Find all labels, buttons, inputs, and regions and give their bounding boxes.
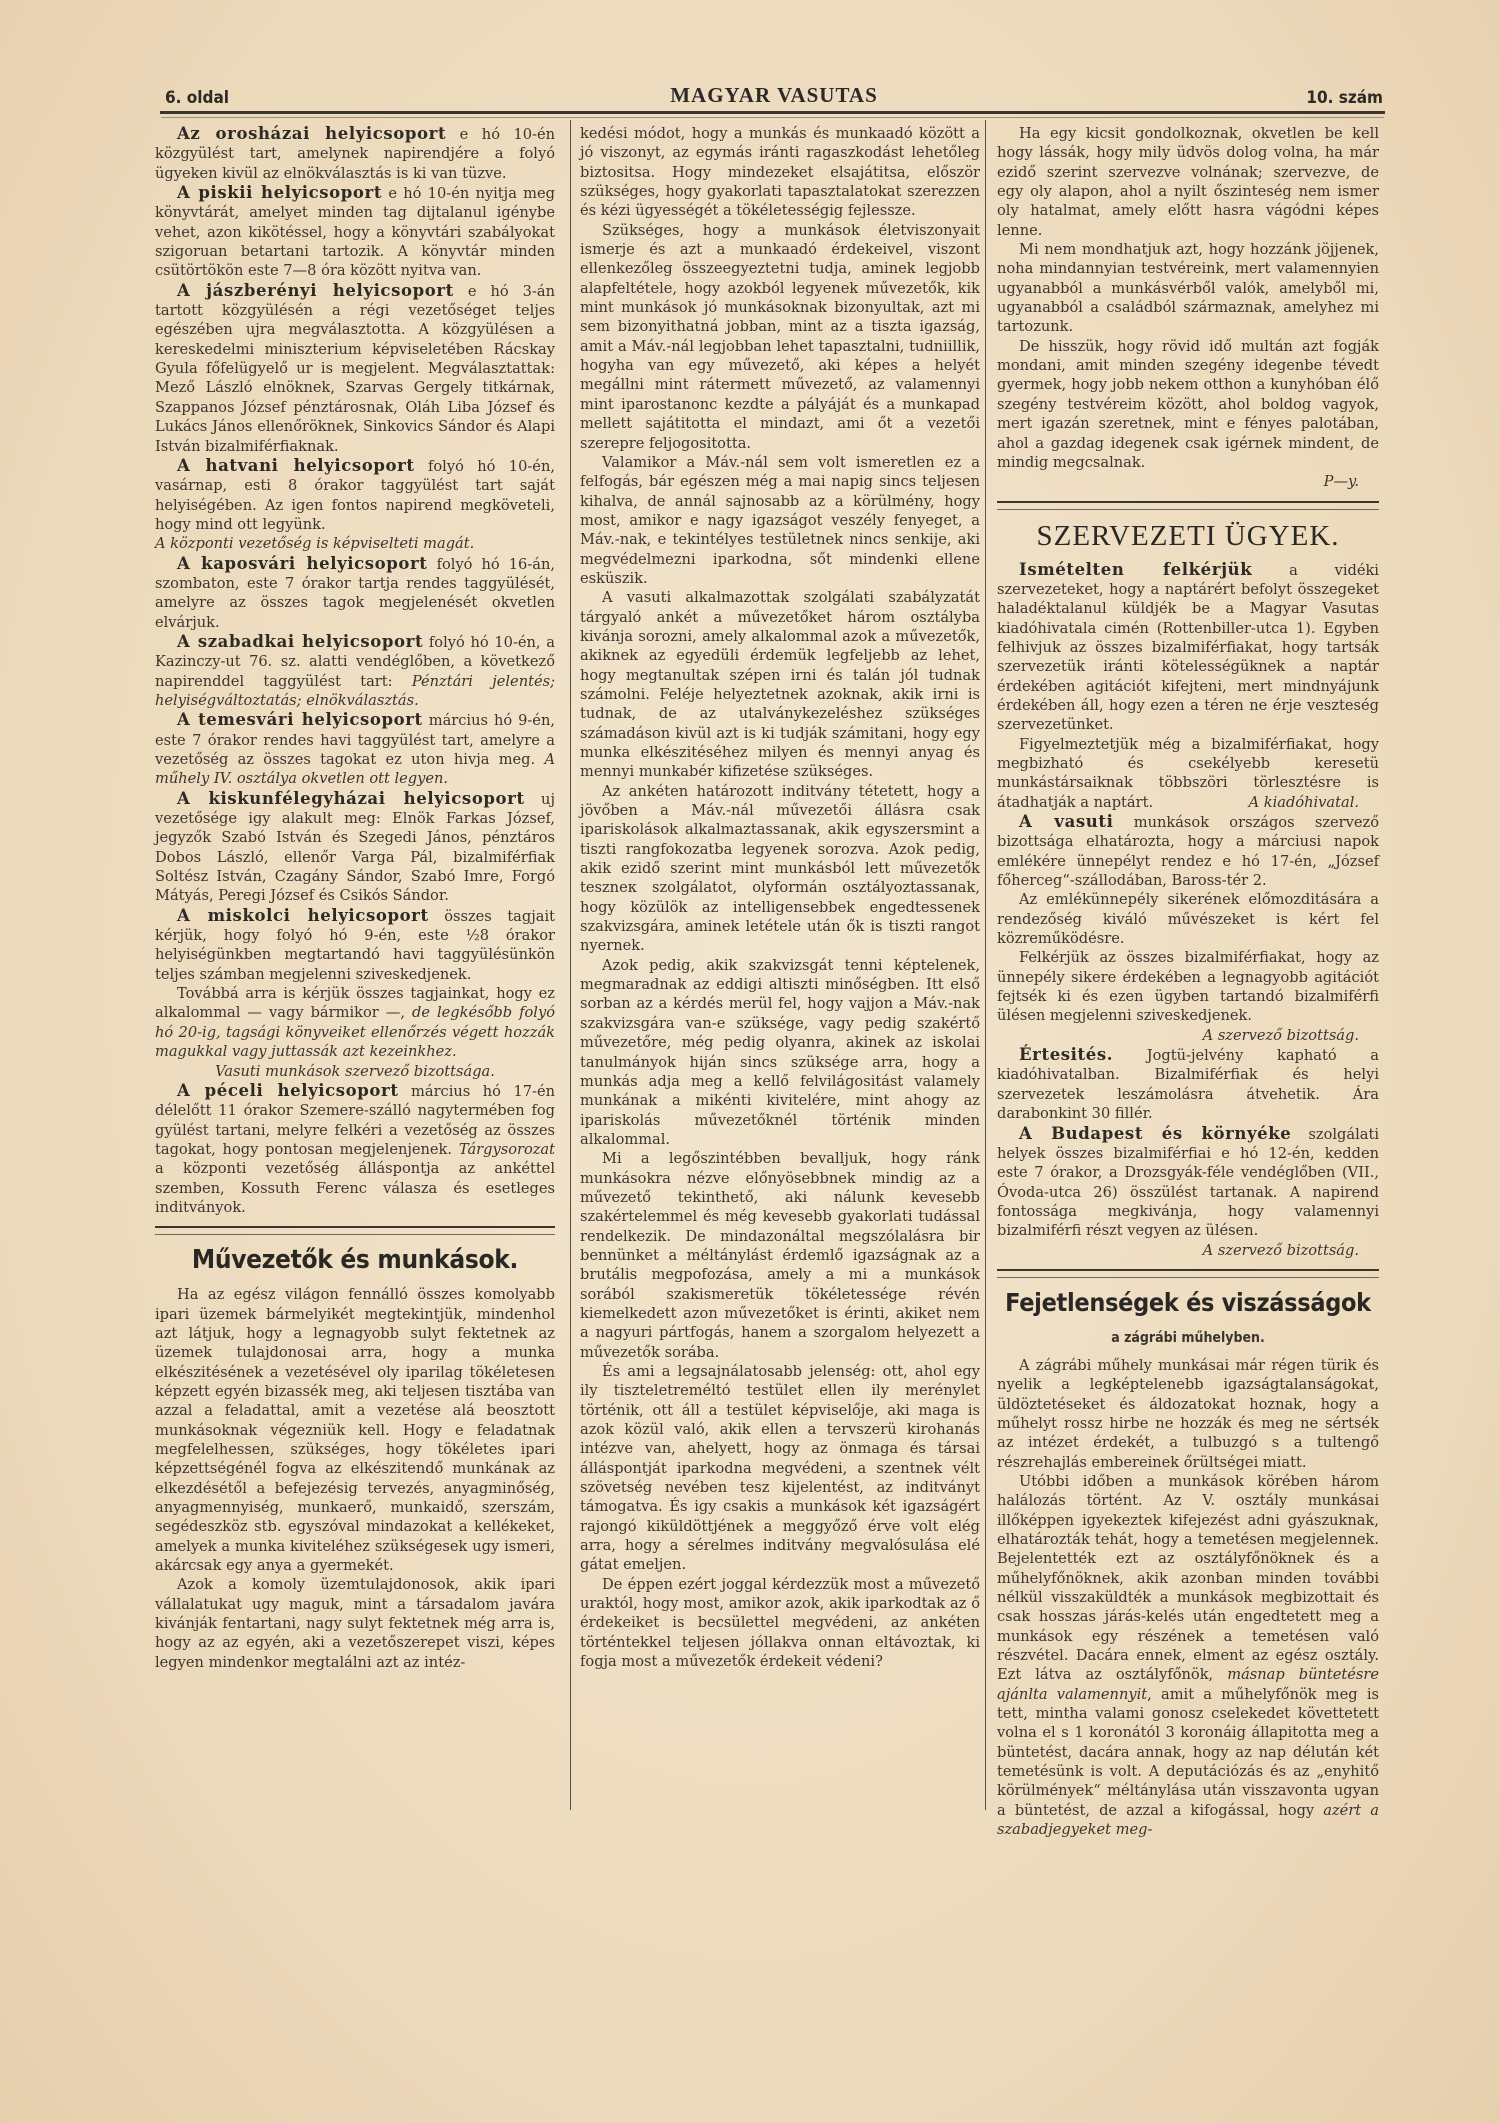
news-item: A vasuti munkások országos szervező bizo…: [997, 812, 1379, 890]
column-3: Ha egy kicsit gondolkoznak, okvetlen be …: [997, 124, 1379, 1840]
section-heading: Művezetők és munkások.: [155, 1243, 555, 1277]
news-item: A kaposvári helyicsoport folyó hó 16-án,…: [155, 554, 555, 632]
section-heading: Fejetlenségek és viszásságok: [997, 1286, 1379, 1320]
news-item: A miskolci helyicsoport összes tagjait k…: [155, 906, 555, 984]
masthead-rule: [160, 111, 1385, 114]
newspaper-title: MAGYAR VASUTAS: [670, 83, 878, 108]
article-paragraph: Mi nem mondhatjuk azt, hogy hozzánk jöjj…: [997, 240, 1379, 337]
news-item: Figyelmeztetjük még a bizalmiférfiakat, …: [997, 735, 1379, 812]
section-heading: SZERVEZETI ÜGYEK.: [997, 518, 1379, 554]
article-paragraph: De éppen ezért joggal kérdezzük most a m…: [580, 1575, 980, 1672]
article-paragraph: De hisszük, hogy rövid idő multán azt fo…: [997, 337, 1379, 472]
masthead: 6. oldal MAGYAR VASUTAS 10. szám: [165, 80, 1383, 108]
article-paragraph: Ha az egész világon fennálló összes komo…: [155, 1285, 555, 1575]
newspaper-page: 6. oldal MAGYAR VASUTAS 10. szám Az oros…: [165, 80, 1383, 2040]
news-item: A jászberényi helyicsoport e hó 3-án tar…: [155, 281, 555, 456]
article-paragraph: Az ankéten határozott inditvány tétetett…: [580, 782, 980, 956]
signature: Vasuti munkások szervező bizottsága.: [155, 1062, 555, 1081]
article-paragraph: Mi a legőszintébben bevalljuk, hogy ránk…: [580, 1149, 980, 1362]
article-paragraph: A zágrábi műhely munkásai már régen türi…: [997, 1356, 1379, 1472]
news-item: A hatvani helyicsoport folyó hó 10-én, v…: [155, 456, 555, 554]
news-item: A temesvári helyicsoport március hó 9-én…: [155, 710, 555, 788]
page-number: 6. oldal: [165, 88, 229, 108]
article-paragraph: Utóbbi időben a munkások körében három h…: [997, 1472, 1379, 1840]
article-paragraph: Valamikor a Máv.-nál sem volt ismeretlen…: [580, 453, 980, 588]
column-1: Az orosházai helyicsoport e hó 10-én köz…: [155, 124, 555, 1672]
column-divider: [570, 120, 571, 1810]
article-paragraph: Szükséges, hogy a munkások életviszonyai…: [580, 221, 980, 453]
news-item: Az orosházai helyicsoport e hó 10-én köz…: [155, 124, 555, 183]
news-item: A péceli helyicsoport március hó 17-én d…: [155, 1081, 555, 1217]
news-item: Továbbá arra is kérjük összes tagjainkat…: [155, 984, 555, 1061]
news-item: A piskii helyicsoport e hó 10-én nyitja …: [155, 183, 555, 281]
news-item: Az emlékünnepély sikerének előmozditásár…: [997, 890, 1379, 948]
issue-number: 10. szám: [1306, 88, 1383, 108]
byline: P—y.: [997, 472, 1379, 491]
column-2: kedési módot, hogy a munkás és munkaadó …: [580, 124, 980, 1672]
article-paragraph: A vasuti alkalmazottak szolgálati szabál…: [580, 588, 980, 781]
section-divider: [155, 1226, 555, 1235]
article-paragraph: És ami a legsajnálatosabb jelenség: ott,…: [580, 1362, 980, 1575]
column-divider: [985, 120, 986, 1810]
news-item: A szabadkai helyicsoport folyó hó 10-én,…: [155, 632, 555, 710]
news-item: A Budapest és környéke szolgálati helyek…: [997, 1124, 1379, 1241]
news-item: Ismételten felkérjük a vidéki szervezete…: [997, 560, 1379, 735]
section-subheading: a zágrábi műhelyben.: [997, 1328, 1379, 1348]
article-paragraph: Ha egy kicsit gondolkoznak, okvetlen be …: [997, 124, 1379, 240]
news-item: A kiskunfélegyházai helyicsoport uj veze…: [155, 789, 555, 906]
news-item: Felkérjük az összes bizalmiférfiakat, ho…: [997, 948, 1379, 1025]
news-item: Értesités. Jogtü-jelvény kapható a kiadó…: [997, 1045, 1379, 1123]
section-divider: [997, 1269, 1379, 1278]
article-paragraph: Azok a komoly üzemtulajdonosok, akik ipa…: [155, 1575, 555, 1672]
signature: A szervező bizottság.: [997, 1026, 1379, 1045]
section-divider: [997, 501, 1379, 510]
article-paragraph: Azok pedig, akik szakvizsgát tenni képte…: [580, 956, 980, 1149]
article-paragraph: kedési módot, hogy a munkás és munkaadó …: [580, 124, 980, 221]
